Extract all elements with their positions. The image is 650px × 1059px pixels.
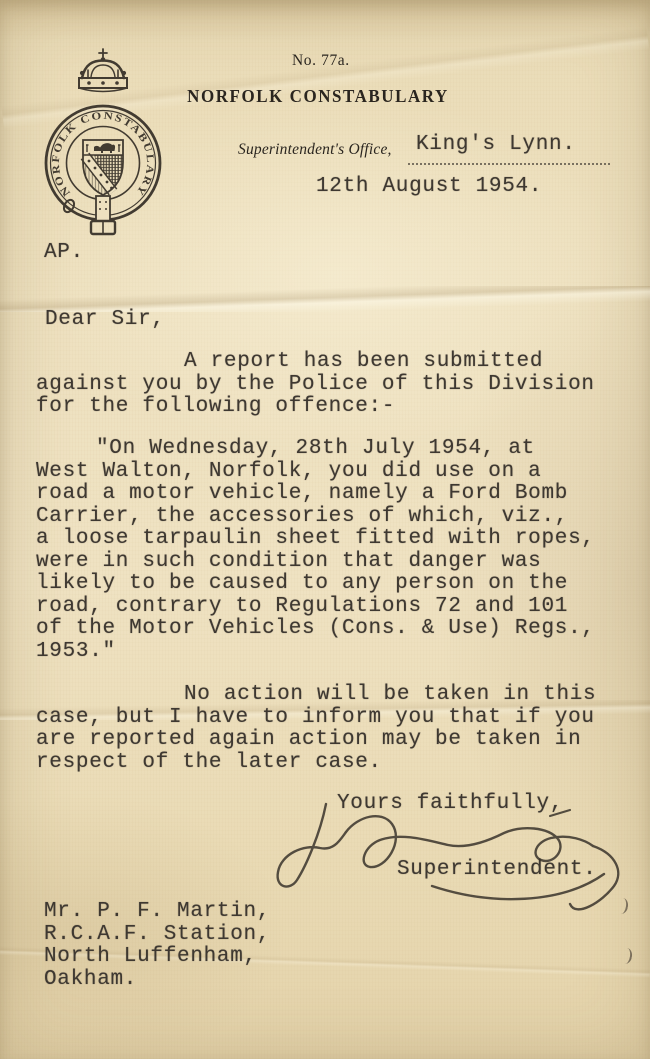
organisation-title: NORFOLK CONSTABULARY xyxy=(10,86,627,107)
stray-ink-mark xyxy=(621,947,633,964)
signer-title: Superintendent. xyxy=(397,859,597,882)
office-label: Superintendent's Office, xyxy=(238,141,392,159)
letter-page: NORFOLK CONSTABULARY xyxy=(0,0,650,1059)
form-number: No. 77a. xyxy=(292,52,350,70)
recipient-address: Mr. P. F. Martin, R.C.A.F. Station, Nort… xyxy=(44,901,270,991)
paragraph-offence-details: "On Wednesday, 28th July 1954, at West W… xyxy=(36,438,611,663)
reference-initials: AP. xyxy=(44,242,84,265)
valediction: Yours faithfully, xyxy=(337,793,563,816)
letter-date: 12th August 1954. xyxy=(316,176,542,199)
office-location: King's Lynn. xyxy=(416,134,576,157)
stray-ink-mark xyxy=(617,897,629,914)
norfolk-constabulary-crest-icon: NORFOLK CONSTABULARY xyxy=(33,46,175,242)
paragraph-no-action: No action will be taken in this case, bu… xyxy=(36,684,611,774)
salutation: Dear Sir, xyxy=(45,309,165,332)
paragraph-report-submitted: A report has been submitted against you … xyxy=(36,351,611,419)
